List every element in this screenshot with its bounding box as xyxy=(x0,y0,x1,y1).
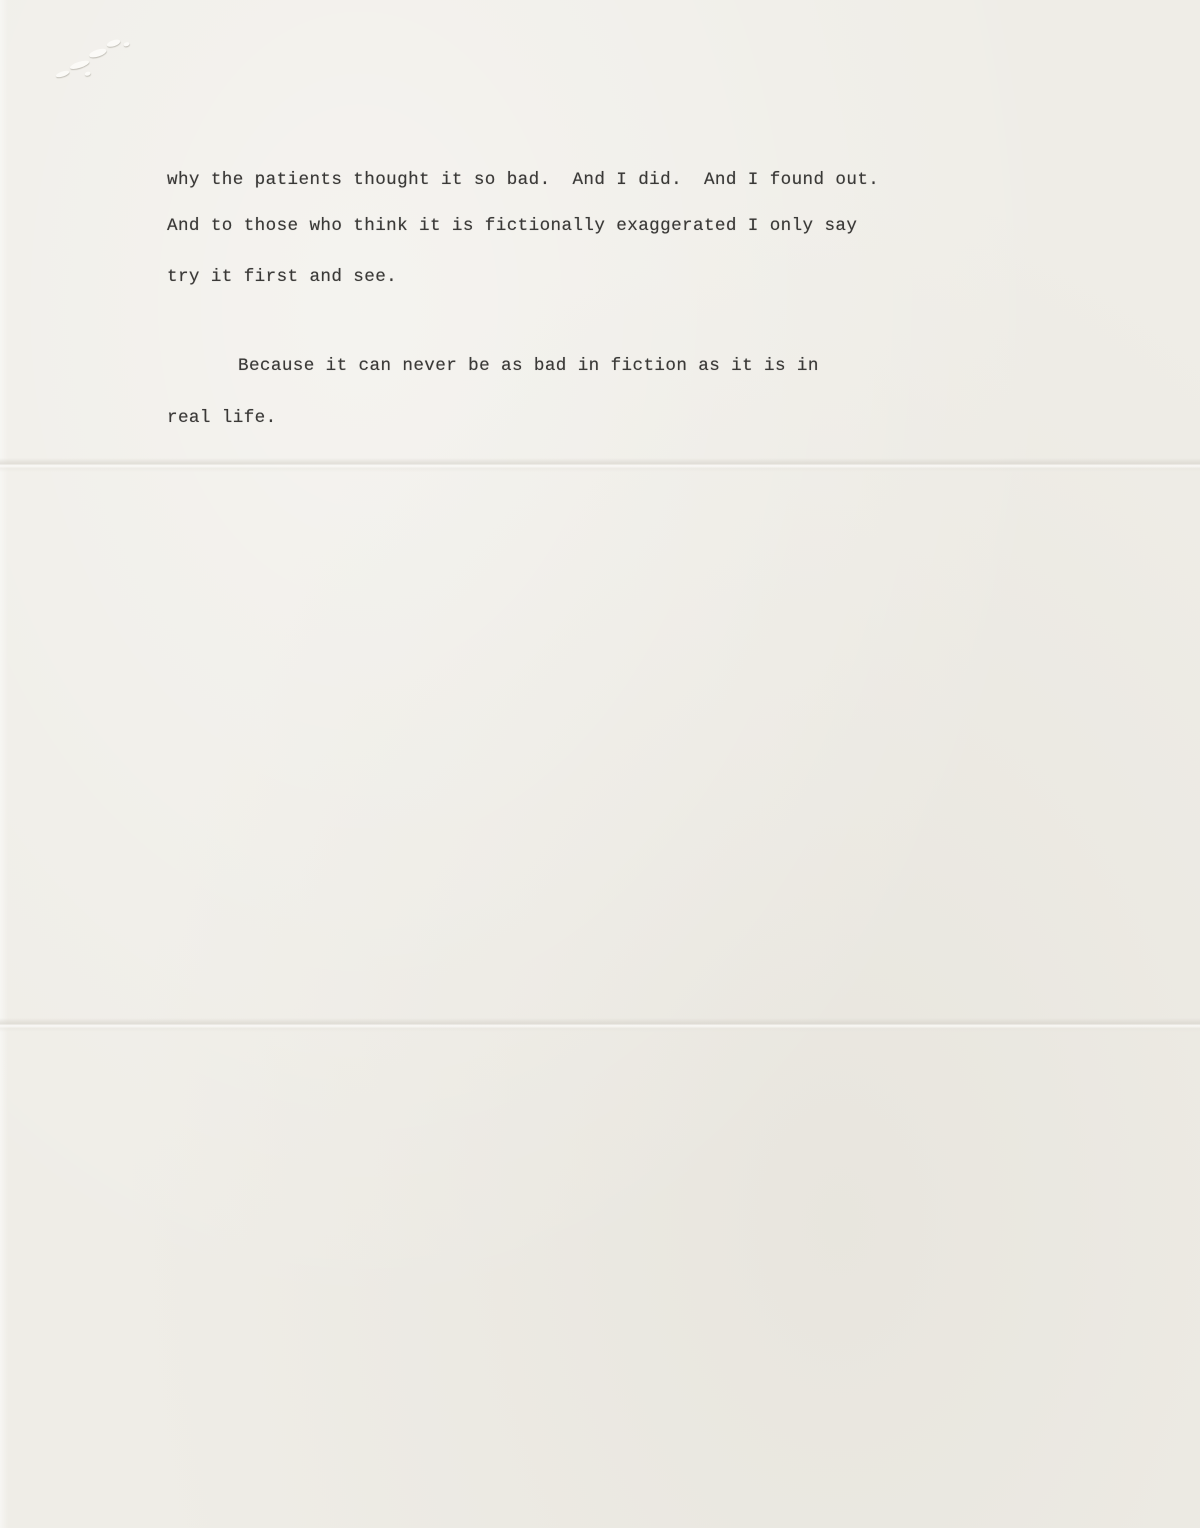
paragraph-2-line-1: Because it can never be as bad in fictio… xyxy=(238,356,819,376)
paragraph-2-line-2: real life. xyxy=(167,408,277,428)
embossed-seal-icon xyxy=(50,29,145,85)
paragraph-1-line-2: And to those who think it is fictionally… xyxy=(167,216,857,236)
paragraph-1-line-3: try it first and see. xyxy=(167,267,397,287)
fold-crease xyxy=(0,1018,1200,1032)
paragraph-1-line-1: why the patients thought it so bad. And … xyxy=(167,170,879,190)
paper-page: why the patients thought it so bad. And … xyxy=(0,0,1200,1528)
fold-crease xyxy=(0,458,1200,472)
paper-edge xyxy=(0,0,8,1528)
